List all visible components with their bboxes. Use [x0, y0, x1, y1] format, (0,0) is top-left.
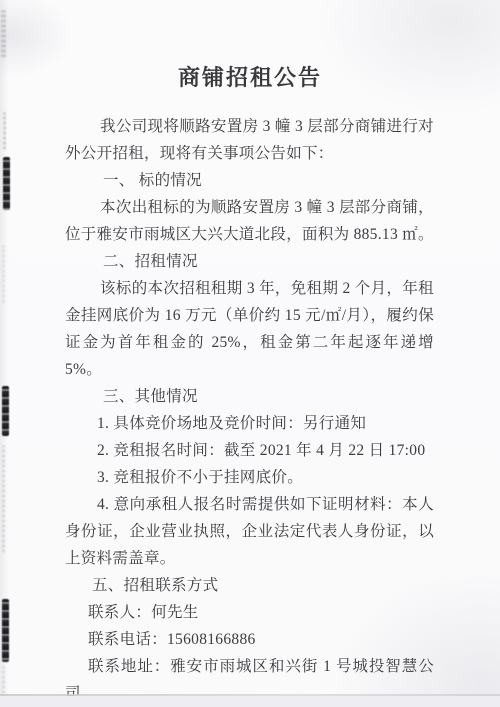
- section-heading-5: 五、招租联系方式: [65, 572, 434, 599]
- scan-smudge-dark-3: [2, 599, 9, 662]
- intro-paragraph: 我公司现将顺路安置房 3 幢 3 层部分商铺进行对外公开招租，现将有关事项公告如…: [65, 113, 434, 167]
- scan-smudge-dark-2: [2, 386, 9, 436]
- contact-phone-line: 联系电话：15608166886: [65, 626, 434, 653]
- scan-smudge-faint-2: [2, 245, 5, 305]
- section-heading-2: 二、招租情况: [65, 248, 434, 275]
- scanned-document-page: 商铺招租公告 我公司现将顺路安置房 3 幢 3 层部分商铺进行对外公开招租，现将…: [0, 0, 500, 707]
- section-1-paragraph: 本次出租标的为顺路安置房 3 幢 3 层部分商铺，位于雅安市雨城区大兴大道北段，…: [65, 194, 434, 248]
- scan-smudge-dark-1: [3, 157, 10, 210]
- contact-person-line: 联系人：何先生: [65, 599, 434, 626]
- section-heading-3: 三、其他情况: [65, 383, 434, 410]
- scan-smudge-faint-3: [2, 445, 5, 553]
- list-item-2: 2. 竞租报名时间：截至 2021 年 4 月 22 日 17:00: [65, 437, 434, 464]
- scan-smudge-faint-1: [3, 112, 6, 150]
- list-item-1: 1. 具体竞价场地及竞价时间：另行通知: [65, 410, 434, 437]
- list-item-3: 3. 竞租报价不小于挂网底价。: [65, 464, 434, 491]
- list-item-4: 4. 意向承租人报名时需提供如下证明材料：本人身份证，企业营业执照，企业法定代表…: [65, 491, 434, 572]
- section-2-paragraph: 该标的本次招租租期 3 年，免租期 2 个月，年租金挂网底价为 16 万元（单价…: [65, 275, 434, 383]
- scan-smudge-faint-4: [2, 666, 5, 694]
- document-body: 我公司现将顺路安置房 3 幢 3 层部分商铺进行对外公开招租，现将有关事项公告如…: [65, 113, 434, 707]
- contact-address-line: 联系地址：雅安市雨城区和兴街 1 号城投智慧公司: [65, 653, 434, 707]
- document-title: 商铺招租公告: [0, 0, 500, 92]
- section-heading-1: 一、 标的情况: [65, 167, 434, 194]
- scan-left-edge-shading: [0, 0, 10, 707]
